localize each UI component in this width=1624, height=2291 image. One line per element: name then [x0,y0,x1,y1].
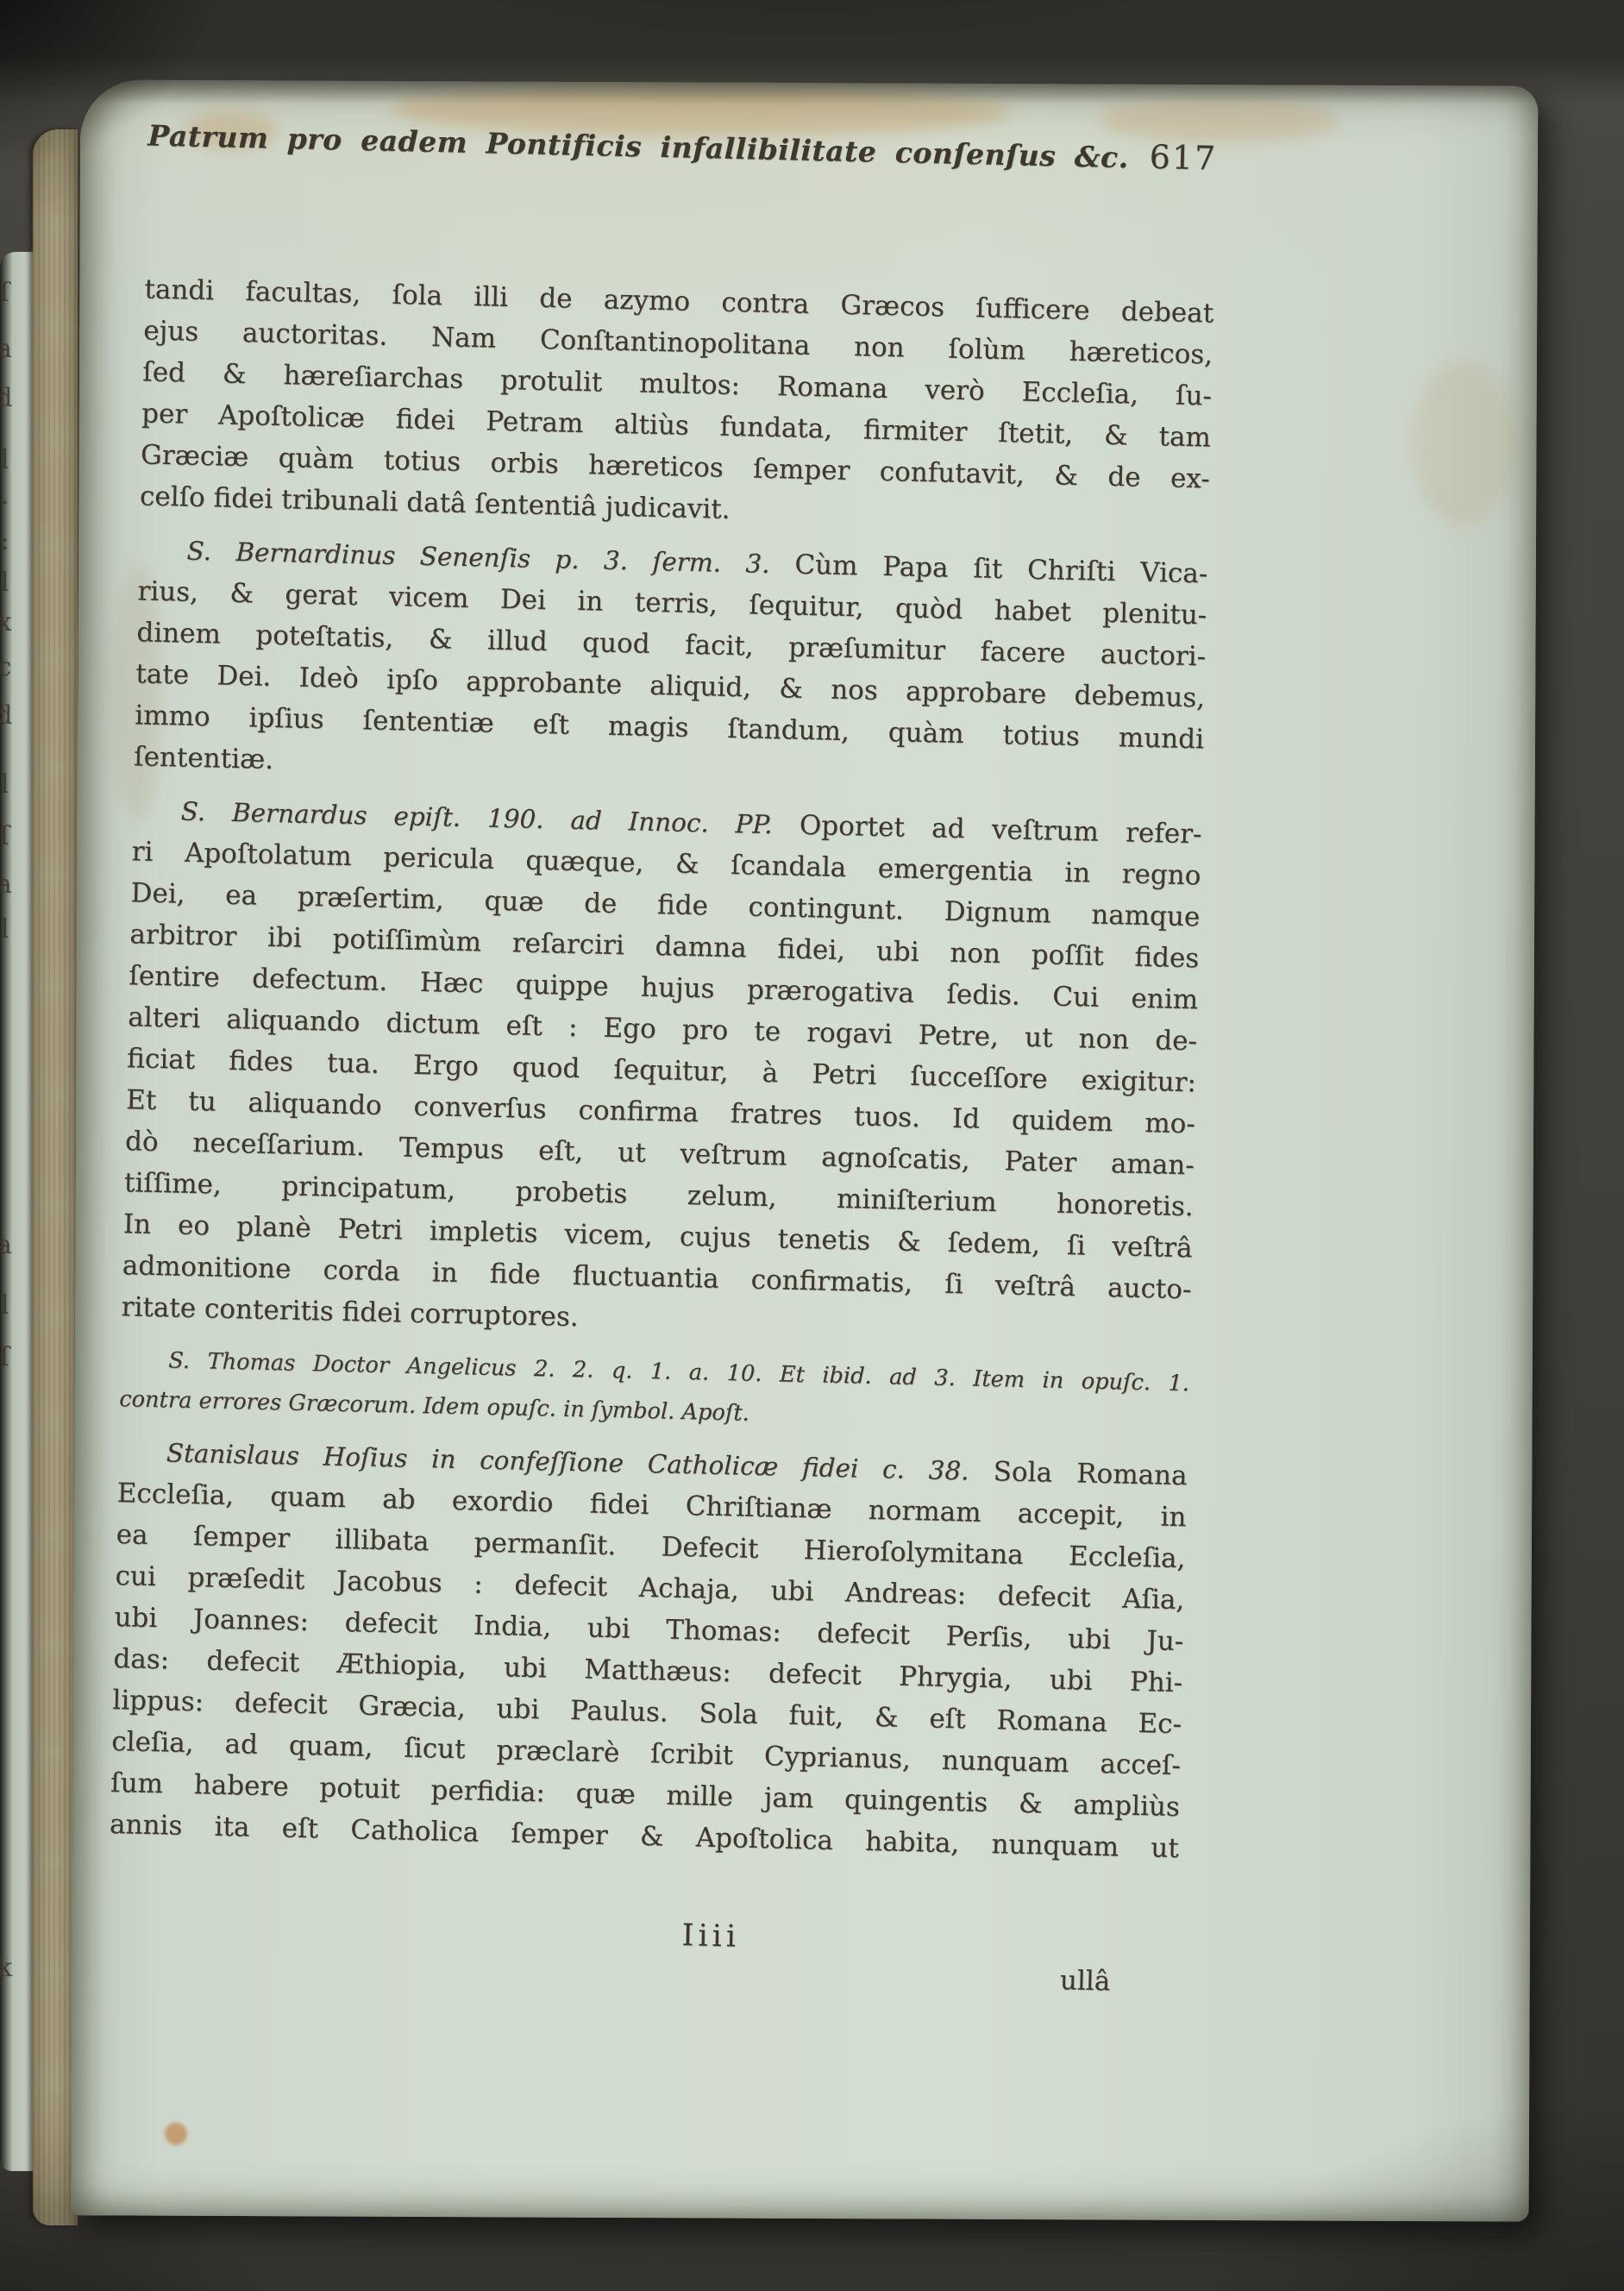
page-footer: Iiii ullâ [105,1905,1176,2033]
body-text: ſententiæ. [134,741,274,775]
body-text: Cùm Papa ſit Chriſti Vica- [769,549,1208,590]
citation-text: contra errores Græcorum. Idem opuſc. in … [119,1386,749,1427]
facing-page-letter-fragment: c [0,652,12,682]
facing-page-letter-fragment: a [0,869,12,900]
page-header: Patrum pro eadem Pontificis infallibilit… [147,115,1218,191]
facing-page-letter-fragment: : [0,526,9,556]
facing-page-letter-fragment: l [1,914,9,945]
facing-page-letter-fragment: d [0,700,13,731]
body-text: Oportet ad veſtrum refer- [772,809,1202,850]
paragraph: S. Bernardinus Senenſis p. 3. ſerm. 3. C… [134,529,1208,801]
facing-page-letter-fragment: k [0,1953,12,1983]
facing-page-edge: ſadl·:lxcdlſalalſk [0,252,33,2171]
stain [1411,361,1515,526]
running-title: Patrum pro eadem Pontificis infallibilit… [147,118,1129,174]
facing-page-letter-fragment: a [0,1230,12,1260]
text-body: tandi facultas, ſola illi de azymo contr… [110,268,1214,1869]
facing-page-letter-fragment: ſ [0,1342,9,1372]
citation-text: S. Bernardinus Senenſis p. 3. ſerm. 3. [186,537,770,579]
facing-page-letter-fragment: x [0,607,12,637]
book-photo: ſadl·:lxcdlſalalſk Patrum pro eadem Pont… [0,0,1624,2291]
facing-page-letter-fragment: l [1,568,9,598]
page-content: Patrum pro eadem Pontificis infallibilit… [105,115,1218,2033]
page-number: 617 [1149,138,1218,178]
stain [165,2123,187,2145]
facing-page-letter-fragment: l [1,445,9,475]
page-edge-stack [33,129,78,2225]
facing-page-letter-fragment: d [0,383,13,413]
catchword: ullâ [1060,1965,1111,1997]
facing-page-letter-fragment: ſ [0,278,9,308]
paragraph: Stanislaus Hoſius in confeſſione Catholi… [110,1431,1188,1869]
paragraph: S. Bernardus epiſt. 190. ad Innoc. PP. O… [121,789,1202,1352]
facing-page-letter-fragment: l [1,1290,9,1321]
paragraph: S. Thomas Doctor Angelicus 2. 2. q. 1. a… [119,1340,1190,1443]
facing-page-letter-fragment: a [0,334,12,364]
body-text: Sola Romana [969,1455,1188,1491]
facing-page-letter-fragment: ſ [0,821,9,851]
book-page: Patrum pro eadem Pontificis infallibilit… [72,79,1539,2221]
body-text: ritate conteritis fidei corruptores. [121,1291,579,1333]
body-text: celſo fidei tribunali datâ ſententiâ jud… [140,480,730,525]
paragraph: tandi facultas, ſola illi de azymo contr… [140,268,1214,541]
citation-text: S. Bernardus epiſt. 190. ad Innoc. PP. [180,797,773,840]
facing-page-letter-fragment: l [1,769,9,800]
facing-page-letter-fragment: · [1,488,9,518]
signature-mark: Iiii [681,1918,740,1955]
